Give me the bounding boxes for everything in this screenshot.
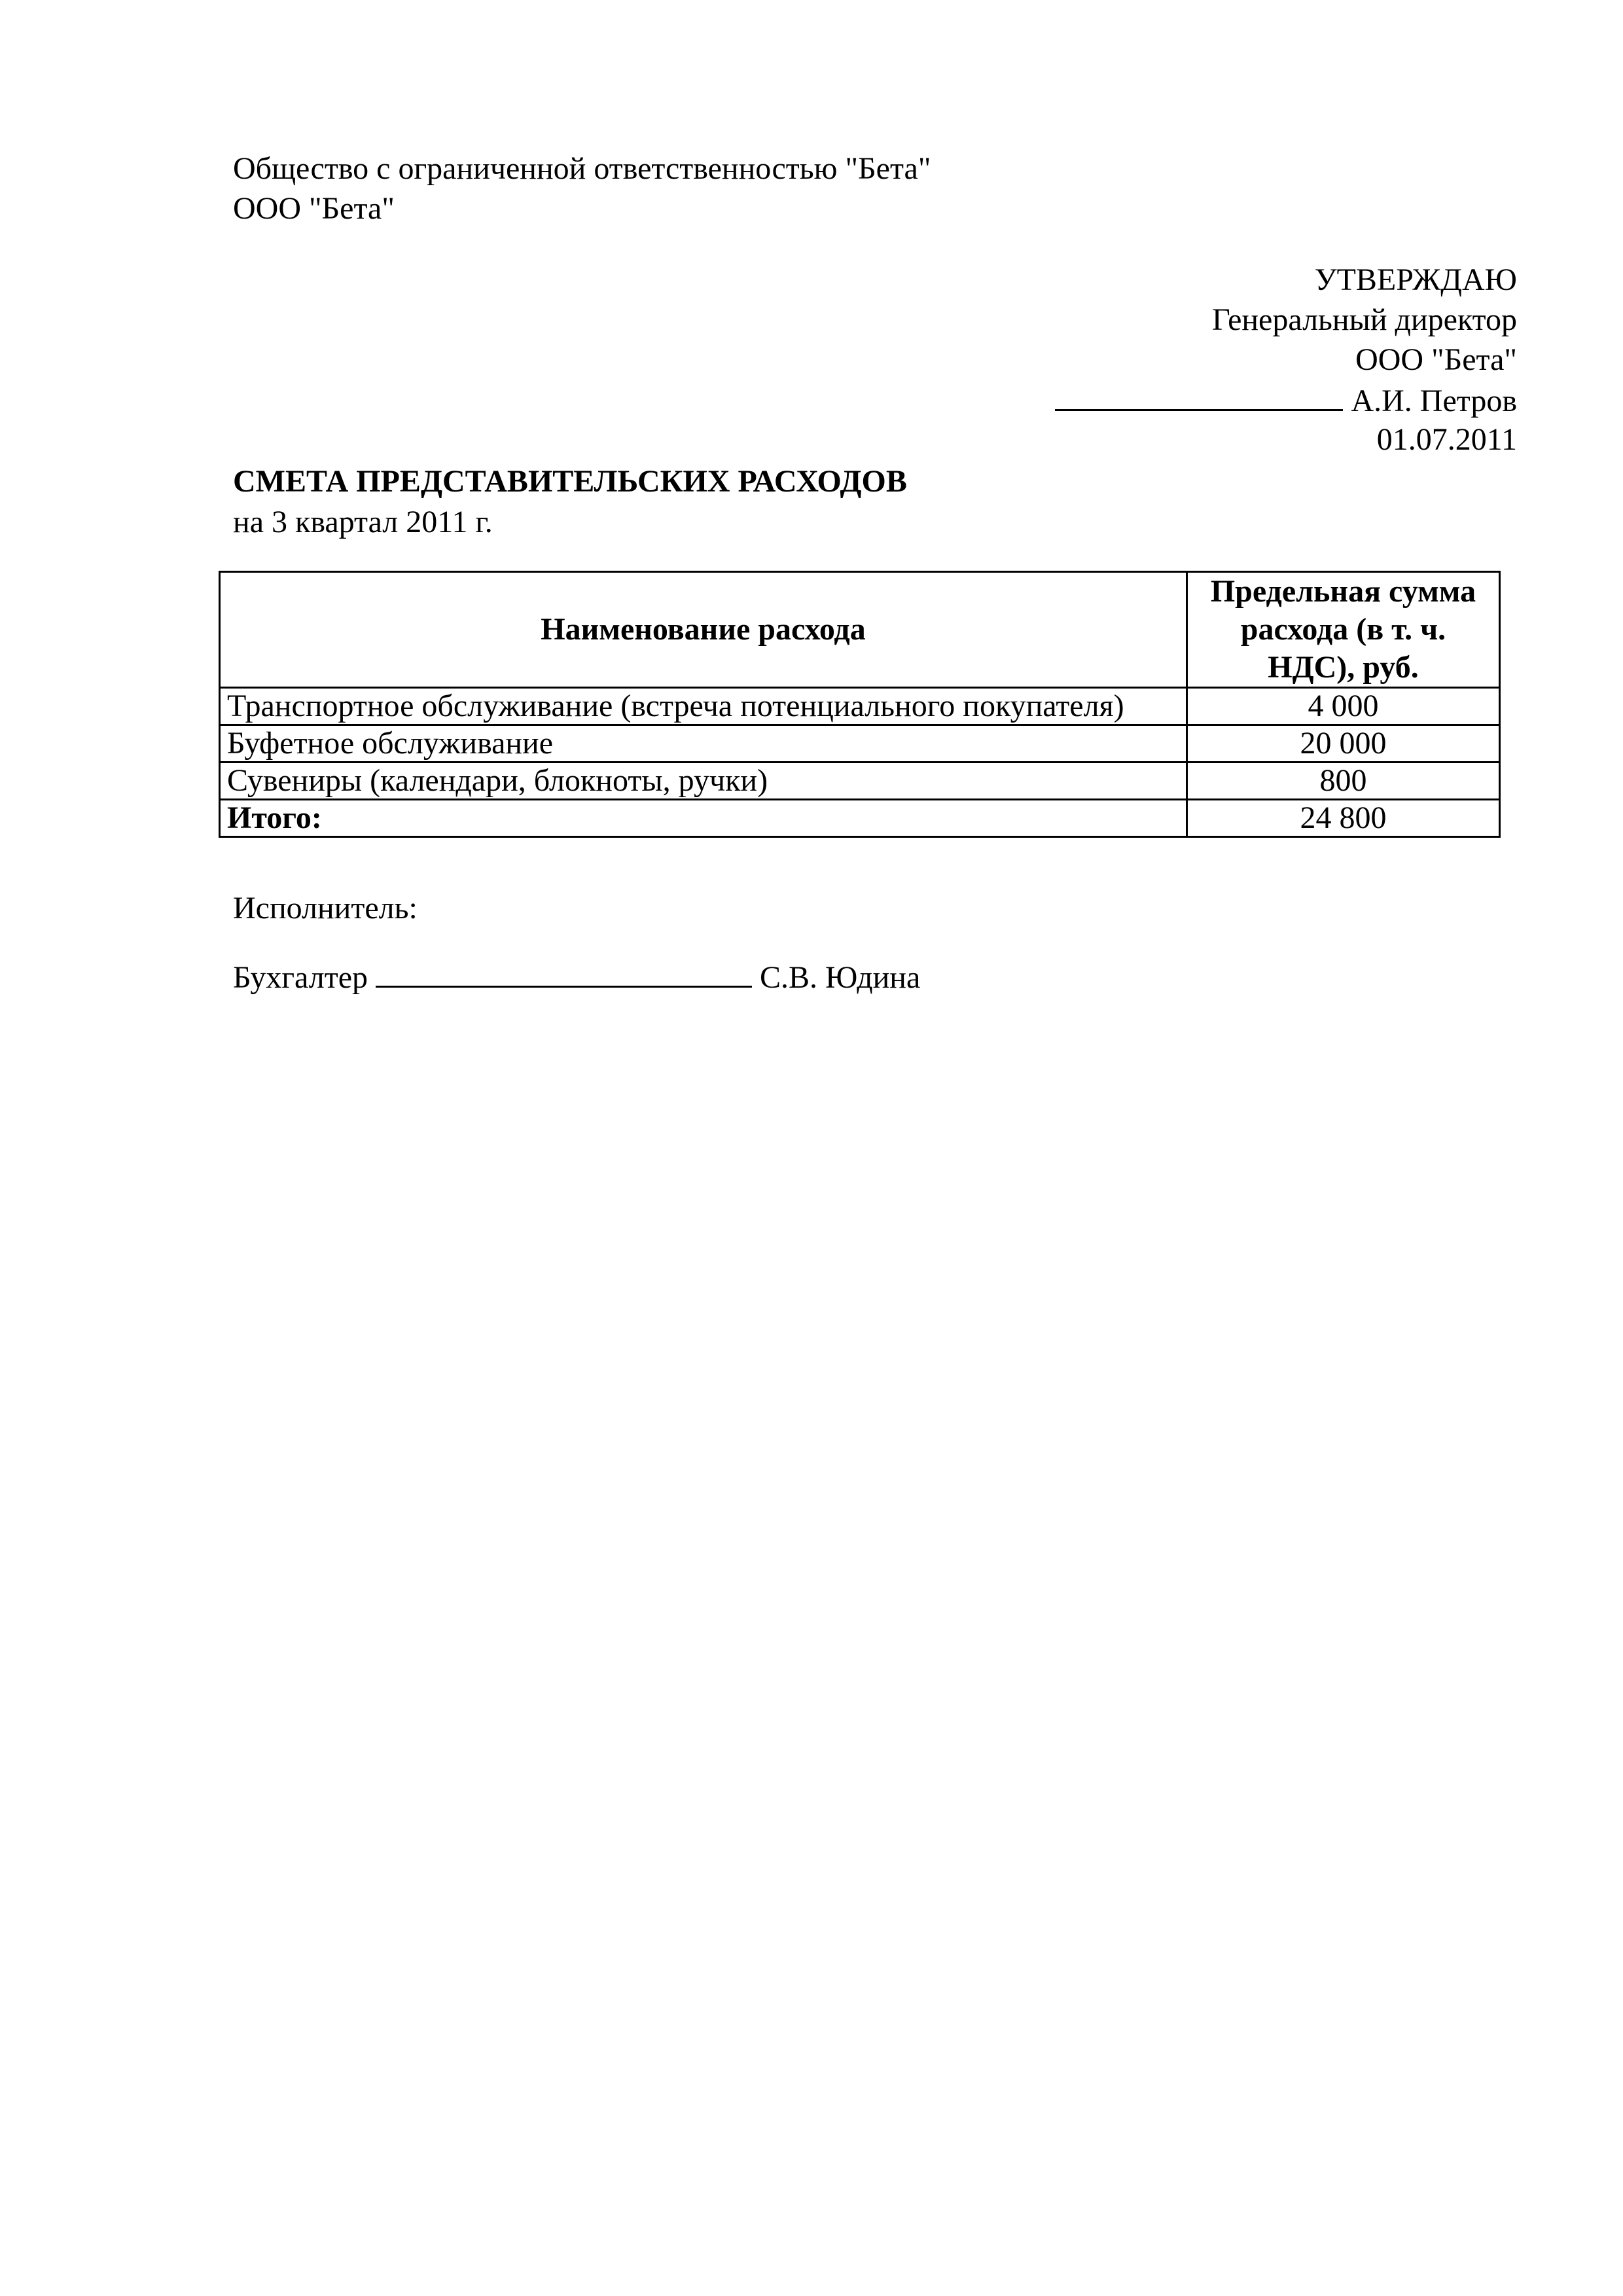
column-header-name: Наименование расхода — [220, 572, 1187, 688]
organization-full-name: Общество с ограниченной ответственностью… — [233, 149, 931, 189]
expense-amount: 20 000 — [1187, 725, 1500, 762]
expense-amount: 4 000 — [1187, 688, 1500, 725]
approval-signatory: А.И. Петров — [1351, 384, 1517, 418]
table-row: Транспортное обслуживание (встреча потен… — [220, 688, 1500, 725]
organization-short-name: ООО "Бета" — [233, 189, 931, 229]
table-row: Буфетное обслуживание 20 000 — [220, 725, 1500, 762]
approval-position: Генеральный директор — [1055, 300, 1517, 340]
approval-heading: УТВЕРЖДАЮ — [1055, 260, 1517, 300]
table-row: Сувениры (календари, блокноты, ручки) 80… — [220, 762, 1500, 800]
expense-amount: 800 — [1187, 762, 1500, 800]
total-amount: 24 800 — [1187, 800, 1500, 837]
accountant-position: Бухгалтер — [233, 960, 368, 995]
document-title: СМЕТА ПРЕДСТАВИТЕЛЬСКИХ РАСХОДОВ — [233, 462, 907, 501]
expense-name: Сувениры (календари, блокноты, ручки) — [220, 762, 1187, 800]
approval-block: УТВЕРЖДАЮ Генеральный директор ООО "Бета… — [1055, 260, 1517, 460]
organization-block: Общество с ограниченной ответственностью… — [233, 149, 931, 229]
column-header-amount: Предельная сумма расхода (в т. ч. НДС), … — [1187, 572, 1500, 688]
director-signature-line — [1055, 380, 1343, 411]
accountant-name: С.В. Юдина — [760, 960, 920, 995]
approval-signature-row: А.И. Петров — [1055, 380, 1517, 420]
table-header-row: Наименование расхода Предельная сумма ра… — [220, 572, 1500, 688]
accountant-signature-line — [376, 957, 752, 988]
expense-estimate-table: Наименование расхода Предельная сумма ра… — [219, 571, 1501, 838]
document-period: на 3 квартал 2011 г. — [233, 503, 493, 542]
total-label: Итого: — [220, 800, 1187, 837]
accountant-signature-row: БухгалтерС.В. Юдина — [233, 957, 920, 997]
table-total-row: Итого: 24 800 — [220, 800, 1500, 837]
expense-name: Транспортное обслуживание (встреча потен… — [220, 688, 1187, 725]
approval-date: 01.07.2011 — [1055, 420, 1517, 460]
approval-company: ООО "Бета" — [1055, 340, 1517, 380]
expense-name: Буфетное обслуживание — [220, 725, 1187, 762]
performer-label: Исполнитель: — [233, 889, 418, 928]
